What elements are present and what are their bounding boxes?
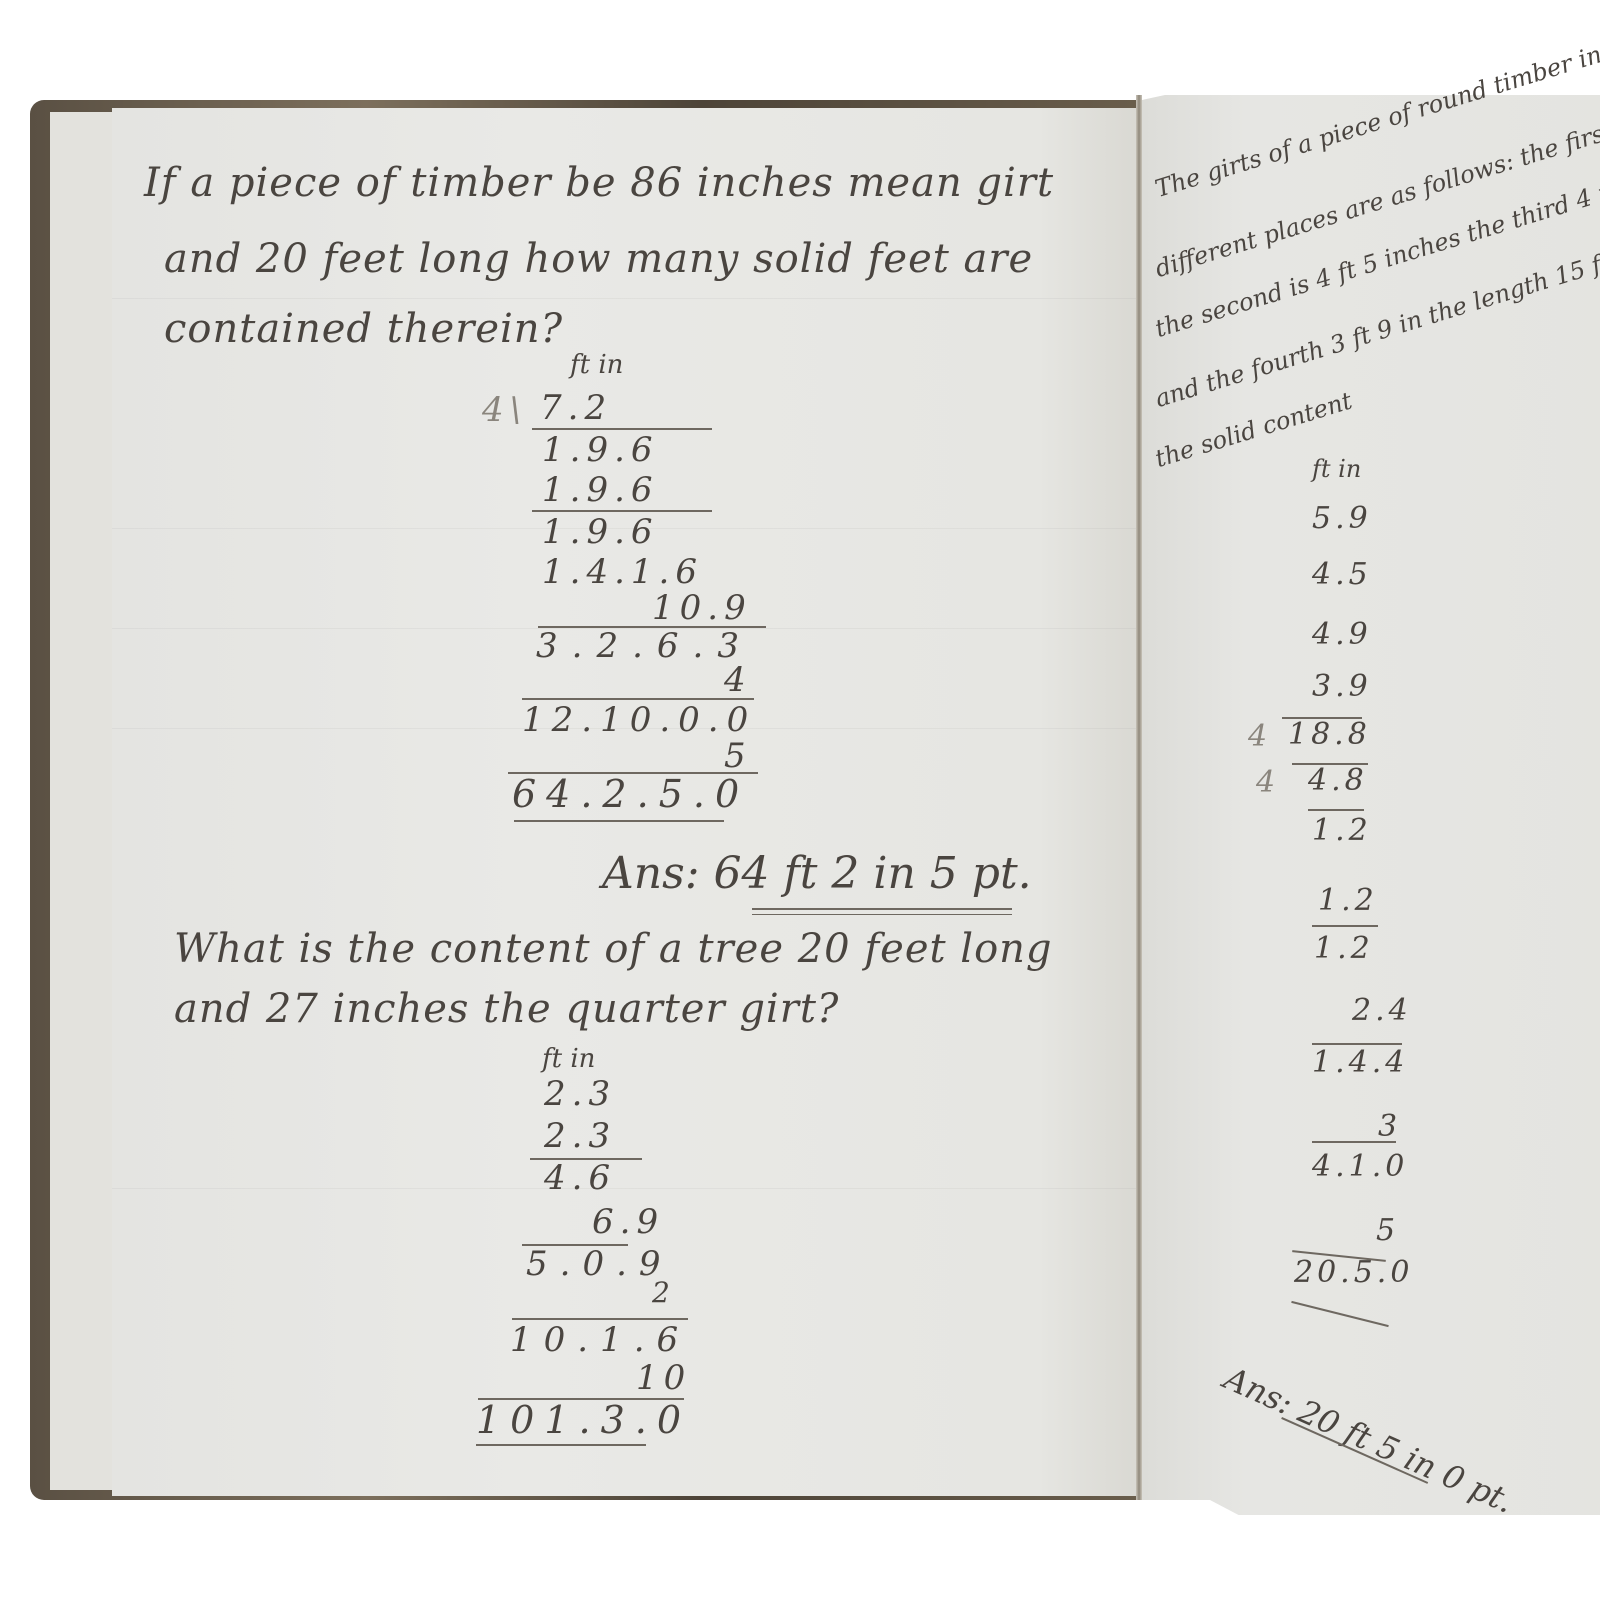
right-page: The girts of a piece of round timber in …: [1142, 95, 1600, 1515]
calc-row: 4.6: [544, 1158, 616, 1198]
answer-underline: [752, 914, 1012, 915]
calc-row: 1.4.1.6: [542, 552, 703, 592]
calc-row: 7.2: [540, 388, 612, 428]
calc-row: 2: [652, 1276, 676, 1309]
calc-row: 5.0.9: [526, 1244, 673, 1284]
calc-row: 5.9: [1312, 501, 1372, 536]
divisor: 4: [1256, 765, 1279, 800]
calc-rule: [1312, 925, 1378, 927]
calc-row: 4.9: [1312, 617, 1372, 652]
calc-row: 1.2: [1318, 883, 1378, 918]
calc-row: 3: [1378, 1109, 1401, 1144]
calc-row: 64.2.5.0: [512, 772, 749, 816]
calc-rule: [1312, 1141, 1396, 1143]
calc-rule: [476, 1444, 646, 1446]
calc-row: 2.4: [1352, 993, 1412, 1028]
problem-1-divisor: 4\: [482, 390, 527, 430]
divisor: 4: [1248, 719, 1271, 754]
calc-row: 1.4.4: [1312, 1045, 1408, 1080]
calc-row: 4.1.0: [1312, 1149, 1408, 1184]
calc-row: 5: [724, 736, 752, 776]
calc-row: 10.9: [652, 588, 752, 628]
problem-1-answer: Ans: 64 ft 2 in 5 pt.: [602, 848, 1032, 899]
calc-row: 1.2: [1312, 813, 1372, 848]
problem-2-units: ft in: [542, 1044, 595, 1074]
calc-row: 1.9.6: [542, 430, 659, 470]
calc-rule: [514, 820, 724, 822]
problem-2-line-2: and 27 inches the quarter girt?: [174, 986, 839, 1032]
calc-row: 3.9: [1312, 669, 1372, 704]
calc-row: 1.9.6: [542, 512, 659, 552]
calc-row: 4: [724, 660, 752, 700]
calc-row: 10.1.6: [510, 1320, 690, 1360]
problem-1-line-1: If a piece of timber be 86 inches mean g…: [144, 160, 1054, 206]
left-page: If a piece of timber be 86 inches mean g…: [112, 108, 1140, 1496]
calc-row: 3.2.6.3: [536, 626, 753, 666]
problem-3-answer: Ans: 20 ft 5 in 0 pt.: [1219, 1359, 1520, 1521]
calc-row: 2.3: [544, 1116, 616, 1156]
calc-row: 6.9: [592, 1202, 664, 1242]
calc-rule: [1291, 1301, 1389, 1327]
calc-row: 10: [636, 1358, 691, 1398]
calc-rule: [1308, 809, 1364, 811]
problem-2-line-1: What is the content of a tree 20 feet lo…: [174, 926, 1053, 972]
answer-underline: [752, 908, 1012, 910]
problem-3-units: ft in: [1312, 455, 1361, 483]
problem-1-line-3: contained therein?: [164, 306, 563, 352]
calc-row: 5: [1376, 1213, 1399, 1248]
calc-row: 1.2: [1314, 931, 1374, 966]
calc-row: 4.8: [1308, 763, 1368, 798]
calc-row: 12.10.0.0: [522, 700, 756, 740]
background-white-bottom: [1100, 1500, 1600, 1600]
calc-row: 18.8: [1288, 717, 1371, 752]
calc-row: 2.3: [544, 1074, 616, 1114]
problem-1-units: ft in: [570, 350, 623, 380]
problem-1-line-2: and 20 feet long how many solid feet are: [164, 236, 1033, 282]
calc-row: 20.5.0: [1294, 1255, 1413, 1290]
calc-row: 101.3.0: [476, 1398, 691, 1442]
flyleaf: [50, 112, 114, 1490]
calc-row: 1.9.6: [542, 470, 659, 510]
calc-row: 4.5: [1312, 557, 1372, 592]
